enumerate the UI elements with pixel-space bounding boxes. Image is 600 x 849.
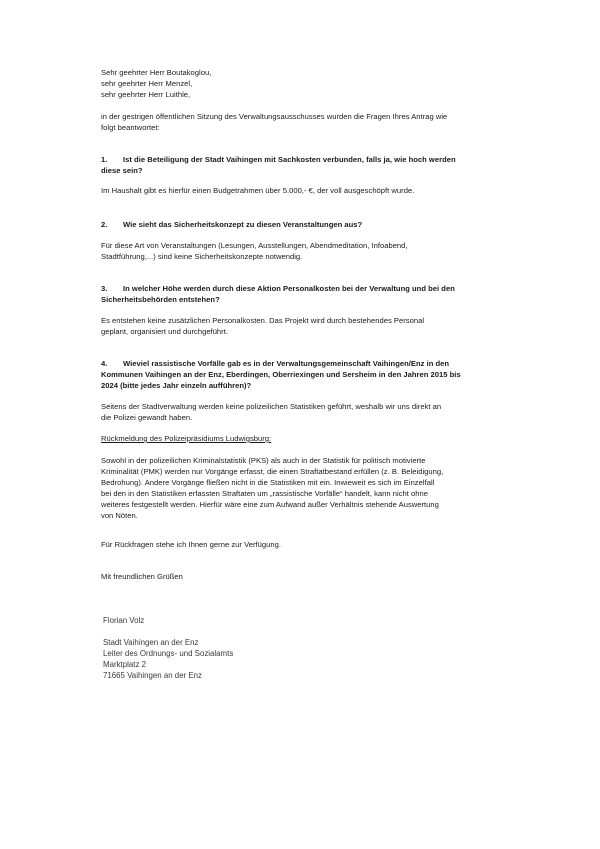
answer-4: Seitens der Stadtverwaltung werden keine… [101, 401, 441, 412]
answer-1: Im Haushalt gibt es hierfür einen Budget… [101, 185, 414, 196]
police-response-heading: Rückmeldung des Polizeipräsidiums Ludwig… [101, 433, 271, 444]
answer-2: Für diese Art von Veranstaltungen (Lesun… [101, 240, 408, 251]
police-answer-line: Bedrohung). Andere Vorgänge fließen nich… [101, 477, 434, 488]
question-number: 1. [101, 154, 123, 165]
signature-street: Marktplatz 2 [103, 659, 146, 670]
police-answer-line: Sowohl in der polizeilichen Kriminalstat… [101, 455, 425, 466]
closing-greeting: Mit freundlichen Grüßen [101, 571, 183, 582]
intro-line: folgt beantwortet: [101, 122, 160, 133]
signature-city: 71665 Vaihingen an der Enz [103, 670, 202, 681]
signature-name: Florian Volz [103, 615, 144, 626]
question-4-heading-cont: Kommunen Vaihingen an der Enz, Eberdinge… [101, 369, 461, 380]
question-3-heading: 3.In welcher Höhe werden durch diese Akt… [101, 283, 455, 294]
question-number: 2. [101, 219, 123, 230]
question-3-heading-cont: Sicherheitsbehörden entstehen? [101, 294, 220, 305]
question-number: 4. [101, 358, 123, 369]
closing-offer: Für Rückfragen stehe ich Ihnen gerne zur… [101, 539, 281, 550]
police-answer-line: bei den in den Statistiken erfassten Str… [101, 488, 428, 499]
signature-role: Leiter des Ordnungs- und Sozialamts [103, 648, 233, 659]
answer-3: Es entstehen keine zusätzlichen Personal… [101, 315, 424, 326]
answer-2-cont: Stadtführung,...) sind keine Sicherheits… [101, 251, 302, 262]
question-number: 3. [101, 283, 123, 294]
police-answer-line: von Nöten. [101, 510, 138, 521]
answer-3-cont: geplant, organisiert und durchgeführt. [101, 326, 228, 337]
question-1-heading: 1.Ist die Beteiligung der Stadt Vaihinge… [101, 154, 456, 165]
salutation-line: sehr geehrter Herr Menzel, [101, 78, 192, 89]
question-1-heading-cont: diese sein? [101, 165, 143, 176]
letter-page: Sehr geehrter Herr Boutakoglou, sehr gee… [0, 0, 600, 849]
salutation-line: Sehr geehrter Herr Boutakoglou, [101, 67, 211, 78]
question-4-heading-cont: 2024 (bitte jedes Jahr einzeln aufführen… [101, 380, 251, 391]
intro-line: in der gestrigen öffentlichen Sitzung de… [101, 111, 447, 122]
answer-4-cont: die Polizei gewandt haben. [101, 412, 192, 423]
question-4-heading: 4.Wieviel rassistische Vorfälle gab es i… [101, 358, 449, 369]
question-2-heading: 2.Wie sieht das Sicherheitskonzept zu di… [101, 219, 362, 230]
police-answer-line: Kriminalität (PMK) werden nur Vorgänge e… [101, 466, 443, 477]
salutation-line: sehr geehrter Herr Luithle, [101, 89, 190, 100]
signature-org: Stadt Vaihingen an der Enz [103, 637, 199, 648]
police-answer-line: weiteres festgestellt werden. Hierfür wä… [101, 499, 439, 510]
